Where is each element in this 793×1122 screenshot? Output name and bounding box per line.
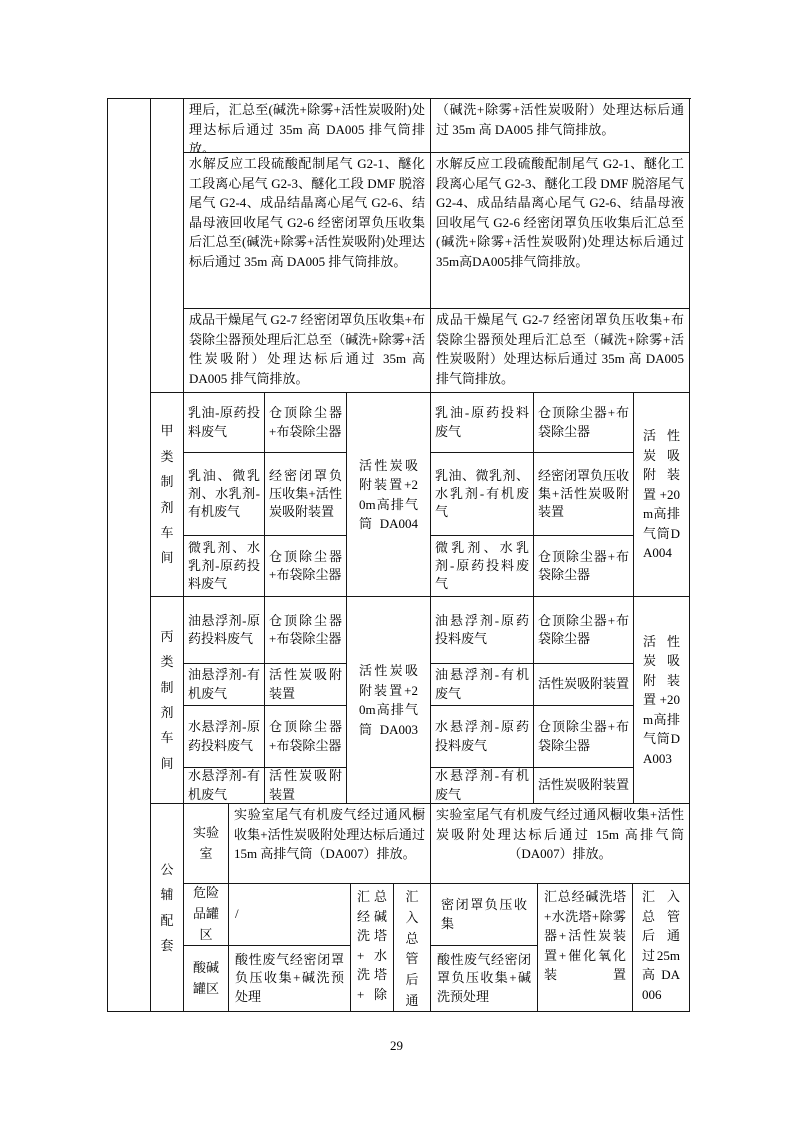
- document-page: { "page": { "number": "29" }, "table": {…: [0, 0, 793, 1122]
- workshop-label-empty-cell: [151, 99, 184, 393]
- cell-text: 活性炭吸附装置: [269, 666, 342, 702]
- bing-right-source-1: 油悬浮剂-原药投料废气: [431, 597, 534, 664]
- cell-text: 酸性废气经密闭罩负压收集+碱洗预处理: [437, 951, 531, 1006]
- jia-right-source-3: 微乳剂、水乳剂-原药投料废气: [431, 536, 534, 597]
- cell-text: （碱洗+除雾+活性炭吸附）处理达标后通过 35m 高 DA005 排气筒排放。: [436, 100, 684, 139]
- cell-text: 成品干燥尾气 G2-7 经密闭罩负压收集+布袋除尘器预处理后汇总至（碱洗+除雾+…: [436, 310, 684, 388]
- cell-text: 经密闭罩负压收集+活性炭吸附装置: [538, 467, 629, 522]
- cell-text: 水悬浮剂-原药投料废气: [435, 718, 529, 754]
- top-row-2-right-cell: 水解反应工段硫酸配制尾气 G2-1、醚化工段离心尾气 G2-3、醚化工段 DMF…: [431, 153, 690, 309]
- top-row-3-left-cell: 成品干燥尾气 G2-7 经密闭罩负压收集+布袋除尘器预处理后汇总至（碱洗+除雾+…: [184, 309, 431, 393]
- top-row-1-left-cell: 理后，汇总至(碱洗+除雾+活性炭吸附)处理达标后通过 35m 高 DA005 排…: [184, 99, 431, 153]
- cell-text: 乳油、微乳剂、水乳剂-有机废气: [435, 467, 529, 522]
- cell-text: 乳油、微乳剂、水乳剂-有机废气: [188, 467, 260, 522]
- bing-right-source-3: 水悬浮剂-原药投料废气: [431, 706, 534, 768]
- workshop-label-bing: 丙类制剂车间: [151, 597, 184, 804]
- fu-lab-right-desc: 实验室尾气有机废气经过通风橱收集+活性炭吸附处理达标后通过 15m 高排气筒（D…: [431, 804, 690, 884]
- jia-left-source-1: 乳油-原药投料废气: [184, 393, 265, 453]
- cell-text: 活性炭吸附装置+20m高排气筒DA004: [643, 426, 680, 563]
- fu-left-stack-cell: 汇入总管后通: [394, 884, 431, 1012]
- cell-text: 仓顶除尘器+布袋除尘器: [538, 548, 629, 584]
- cell-text: 油悬浮剂-有机废气: [435, 666, 529, 702]
- page-number: 29: [0, 1038, 793, 1054]
- bing-right-source-2: 油悬浮剂-有机废气: [431, 664, 534, 706]
- cell-text: 油悬浮剂-原药投料废气: [188, 612, 260, 648]
- cell-text: 密闭罩负压收集: [441, 896, 527, 932]
- bing-left-treatment-3: 仓顶除尘器+布袋除尘器: [265, 706, 347, 768]
- jia-right-treatment-1: 仓顶除尘器+布袋除尘器: [534, 393, 634, 453]
- fu-acid-right-desc: 酸性废气经密闭罩负压收集+碱洗预处理: [431, 946, 538, 1012]
- cell-text: /: [235, 905, 344, 923]
- cell-text: 活性炭吸附装置+20m高排气筒DA003: [643, 632, 680, 769]
- bing-right-treatment-1: 仓顶除尘器+布袋除尘器: [534, 597, 634, 664]
- fu-right-stack-cell: 汇入总管后通过25m高DA006: [633, 884, 690, 1012]
- fu-hazard-right-desc: 密闭罩负压收集: [431, 884, 538, 946]
- cell-text: 水悬浮剂-有机废气: [188, 768, 260, 804]
- cell-text: 水解反应工段硫酸配制尾气 G2-1、醚化工段离心尾气 G2-3、醚化工段 DMF…: [436, 154, 684, 271]
- top-row-2-left-cell: 水解反应工段硫酸配制尾气 G2-1、醚化工段离心尾气 G2-3、醚化工段 DMF…: [184, 153, 431, 309]
- cell-text: 汇总经碱洗塔+水洗塔+除: [357, 887, 387, 1004]
- fu-hazard-left-desc: /: [229, 884, 351, 946]
- cell-text: 微乳剂、水乳剂-原药投料废气: [188, 539, 260, 594]
- cell-text: 乳油-原药投料废气: [435, 404, 529, 440]
- cell-text: 危险品罐区: [192, 884, 219, 946]
- bing-left-source-3: 水悬浮剂-原药投料废气: [184, 706, 265, 768]
- cell-text: 实验室尾气有机废气经过通风橱收集+活性炭吸附处理达标后通过 15m 高排气筒（D…: [234, 805, 425, 864]
- cell-text: 甲类制剂车间: [160, 418, 174, 570]
- cell-text: 水悬浮剂-原药投料废气: [188, 718, 260, 754]
- cell-text: 汇总经碱洗塔+水洗塔+除雾器+活性炭装置+催化氧化装置: [544, 887, 626, 985]
- cell-text: 汇入总管后通: [405, 887, 419, 1012]
- bing-left-source-4: 水悬浮剂-有机废气: [184, 768, 265, 804]
- cell-text: 活性炭吸附装置+20m高排气筒DA003: [359, 661, 418, 739]
- cell-text: 水解反应工段硫酸配制尾气 G2-1、醚化工段离心尾气 G2-3、醚化工段 DMF…: [189, 154, 425, 271]
- cell-text: 仓顶除尘器+布袋除尘器: [269, 548, 342, 584]
- cell-text: 活性炭吸附装置+20m高排气筒DA004: [359, 456, 418, 534]
- bing-left-source-2: 油悬浮剂-有机废气: [184, 664, 265, 706]
- fu-left-mid-cell: 汇总经碱洗塔+水洗塔+除: [351, 884, 394, 1012]
- jia-right-source-2: 乳油、微乳剂、水乳剂-有机废气: [431, 453, 534, 536]
- fu-right-mid-cell: 汇总经碱洗塔+水洗塔+除雾器+活性炭装置+催化氧化装置: [538, 884, 633, 1012]
- cell-text: 酸性废气经密闭罩负压收集+碱洗预处理: [235, 951, 344, 1006]
- jia-right-stack-cell: 活性炭吸附装置+20m高排气筒DA004: [634, 393, 690, 597]
- bing-right-treatment-4: 活性炭吸附装置: [534, 768, 634, 804]
- fu-label-lab: 实验室: [184, 804, 229, 884]
- fu-label-hazard-tank: 危险品罐区: [184, 884, 229, 946]
- spanning-category-empty-cell: [108, 99, 151, 1012]
- cell-text: 仓顶除尘器+布袋除尘器: [538, 612, 629, 648]
- bing-left-treatment-2: 活性炭吸附装置: [265, 664, 347, 706]
- bing-right-treatment-3: 仓顶除尘器+布袋除尘器: [534, 706, 634, 768]
- cell-text: 仓顶除尘器+布袋除尘器: [538, 718, 629, 754]
- jia-right-treatment-3: 仓顶除尘器+布袋除尘器: [534, 536, 634, 597]
- bing-right-treatment-2: 活性炭吸附装置: [534, 664, 634, 706]
- bing-left-stack-cell: 活性炭吸附装置+20m高排气筒DA003: [347, 597, 431, 804]
- cell-text: 经密闭罩负压收集+活性炭吸附装置: [269, 467, 342, 522]
- section-label-fu: 公辅配套: [151, 804, 184, 1012]
- cell-text: 活性炭吸附装置: [269, 768, 342, 804]
- jia-left-treatment-3: 仓顶除尘器+布袋除尘器: [265, 536, 347, 597]
- fu-lab-left-desc: 实验室尾气有机废气经过通风橱收集+活性炭吸附处理达标后通过 15m 高排气筒（D…: [229, 804, 431, 884]
- jia-right-source-1: 乳油-原药投料废气: [431, 393, 534, 453]
- bing-left-treatment-4: 活性炭吸附装置: [265, 768, 347, 804]
- cell-text: 酸碱罐区: [192, 958, 219, 1000]
- cell-text: 仓顶除尘器+布袋除尘器: [538, 404, 629, 440]
- cell-text: 仓顶除尘器+布袋除尘器: [269, 718, 342, 754]
- cell-text: 汇入总管后通过25m高DA006: [642, 887, 680, 1004]
- cell-text: 仓顶除尘器+布袋除尘器: [269, 612, 342, 648]
- cell-text: 活性炭吸附装置: [538, 675, 629, 693]
- top-row-3-right-cell: 成品干燥尾气 G2-7 经密闭罩负压收集+布袋除尘器预处理后汇总至（碱洗+除雾+…: [431, 309, 690, 393]
- cell-text: 活性炭吸附装置: [538, 776, 629, 794]
- cell-text: 丙类制剂车间: [160, 624, 174, 776]
- cell-text: 乳油-原药投料废气: [188, 404, 260, 440]
- bing-right-stack-cell: 活性炭吸附装置+20m高排气筒DA003: [634, 597, 690, 804]
- bing-left-source-1: 油悬浮剂-原药投料废气: [184, 597, 265, 664]
- cell-text: 油悬浮剂-原药投料废气: [435, 612, 529, 648]
- jia-left-source-3: 微乳剂、水乳剂-原药投料废气: [184, 536, 265, 597]
- cell-text: 油悬浮剂-有机废气: [188, 666, 260, 702]
- bing-left-treatment-1: 仓顶除尘器+布袋除尘器: [265, 597, 347, 664]
- fu-acid-left-desc: 酸性废气经密闭罩负压收集+碱洗预处理: [229, 946, 351, 1012]
- cell-text: 微乳剂、水乳剂-原药投料废气: [435, 539, 529, 594]
- workshop-label-jia: 甲类制剂车间: [151, 393, 184, 597]
- top-row-1-right-cell: （碱洗+除雾+活性炭吸附）处理达标后通过 35m 高 DA005 排气筒排放。: [431, 99, 690, 153]
- cell-text: 公辅配套: [160, 857, 174, 958]
- cell-text: 成品干燥尾气 G2-7 经密闭罩负压收集+布袋除尘器预处理后汇总至（碱洗+除雾+…: [189, 310, 425, 388]
- bing-right-source-4: 水悬浮剂-有机废气: [431, 768, 534, 804]
- cell-text: 实验室: [192, 823, 219, 865]
- jia-right-treatment-2: 经密闭罩负压收集+活性炭吸附装置: [534, 453, 634, 536]
- emission-treatment-table: 理后，汇总至(碱洗+除雾+活性炭吸附)处理达标后通过 35m 高 DA005 排…: [107, 98, 691, 1012]
- jia-left-treatment-2: 经密闭罩负压收集+活性炭吸附装置: [265, 453, 347, 536]
- jia-left-treatment-1: 仓顶除尘器+布袋除尘器: [265, 393, 347, 453]
- cell-text: 实验室尾气有机废气经过通风橱收集+活性炭吸附处理达标后通过 15m 高排气筒（D…: [436, 805, 684, 864]
- jia-left-stack-cell: 活性炭吸附装置+20m高排气筒DA004: [347, 393, 431, 597]
- jia-left-source-2: 乳油、微乳剂、水乳剂-有机废气: [184, 453, 265, 536]
- cell-text: 水悬浮剂-有机废气: [435, 768, 529, 804]
- cell-text: 理后，汇总至(碱洗+除雾+活性炭吸附)处理达标后通过 35m 高 DA005 排…: [189, 100, 425, 153]
- fu-label-acid-tank: 酸碱罐区: [184, 946, 229, 1012]
- cell-text: 仓顶除尘器+布袋除尘器: [269, 404, 342, 440]
